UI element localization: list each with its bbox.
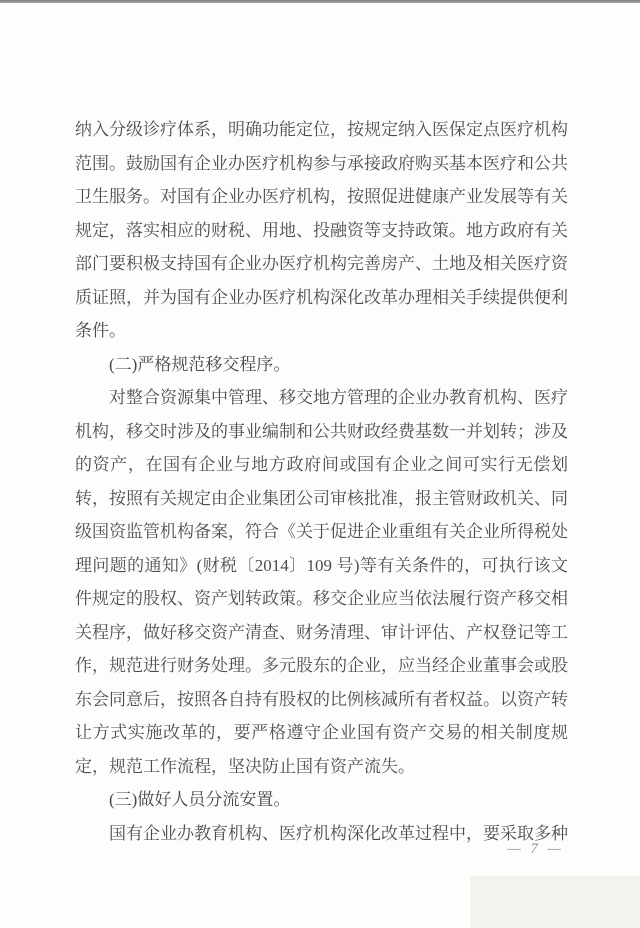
page-number: — 7 — [507,841,564,858]
paragraph-continuation: 纳入分级诊疗体系，明确功能定位，按规定纳入医保定点医疗机构范围。鼓励国有企业办医… [75,113,568,348]
paragraph-transfer-procedure: 对整合资源集中管理、移交地方管理的企业办教育机构、医疗机构，移交时涉及的事业编制… [75,381,568,783]
section-heading-3: (三)做好人员分流安置。 [75,783,568,817]
body-text: 纳入分级诊疗体系，明确功能定位，按规定纳入医保定点医疗机构范围。鼓励国有企业办医… [75,113,568,850]
scan-shade-artifact [470,876,640,928]
document-page: 纳入分级诊疗体系，明确功能定位，按规定纳入医保定点医疗机构范围。鼓励国有企业办医… [0,0,640,928]
section-heading-2: (二)严格规范移交程序。 [75,348,568,382]
scan-top-edge [0,0,640,3]
paragraph-personnel-placement: 国有企业办教育机构、医疗机构深化改革过程中，要采取多种 [75,817,568,851]
